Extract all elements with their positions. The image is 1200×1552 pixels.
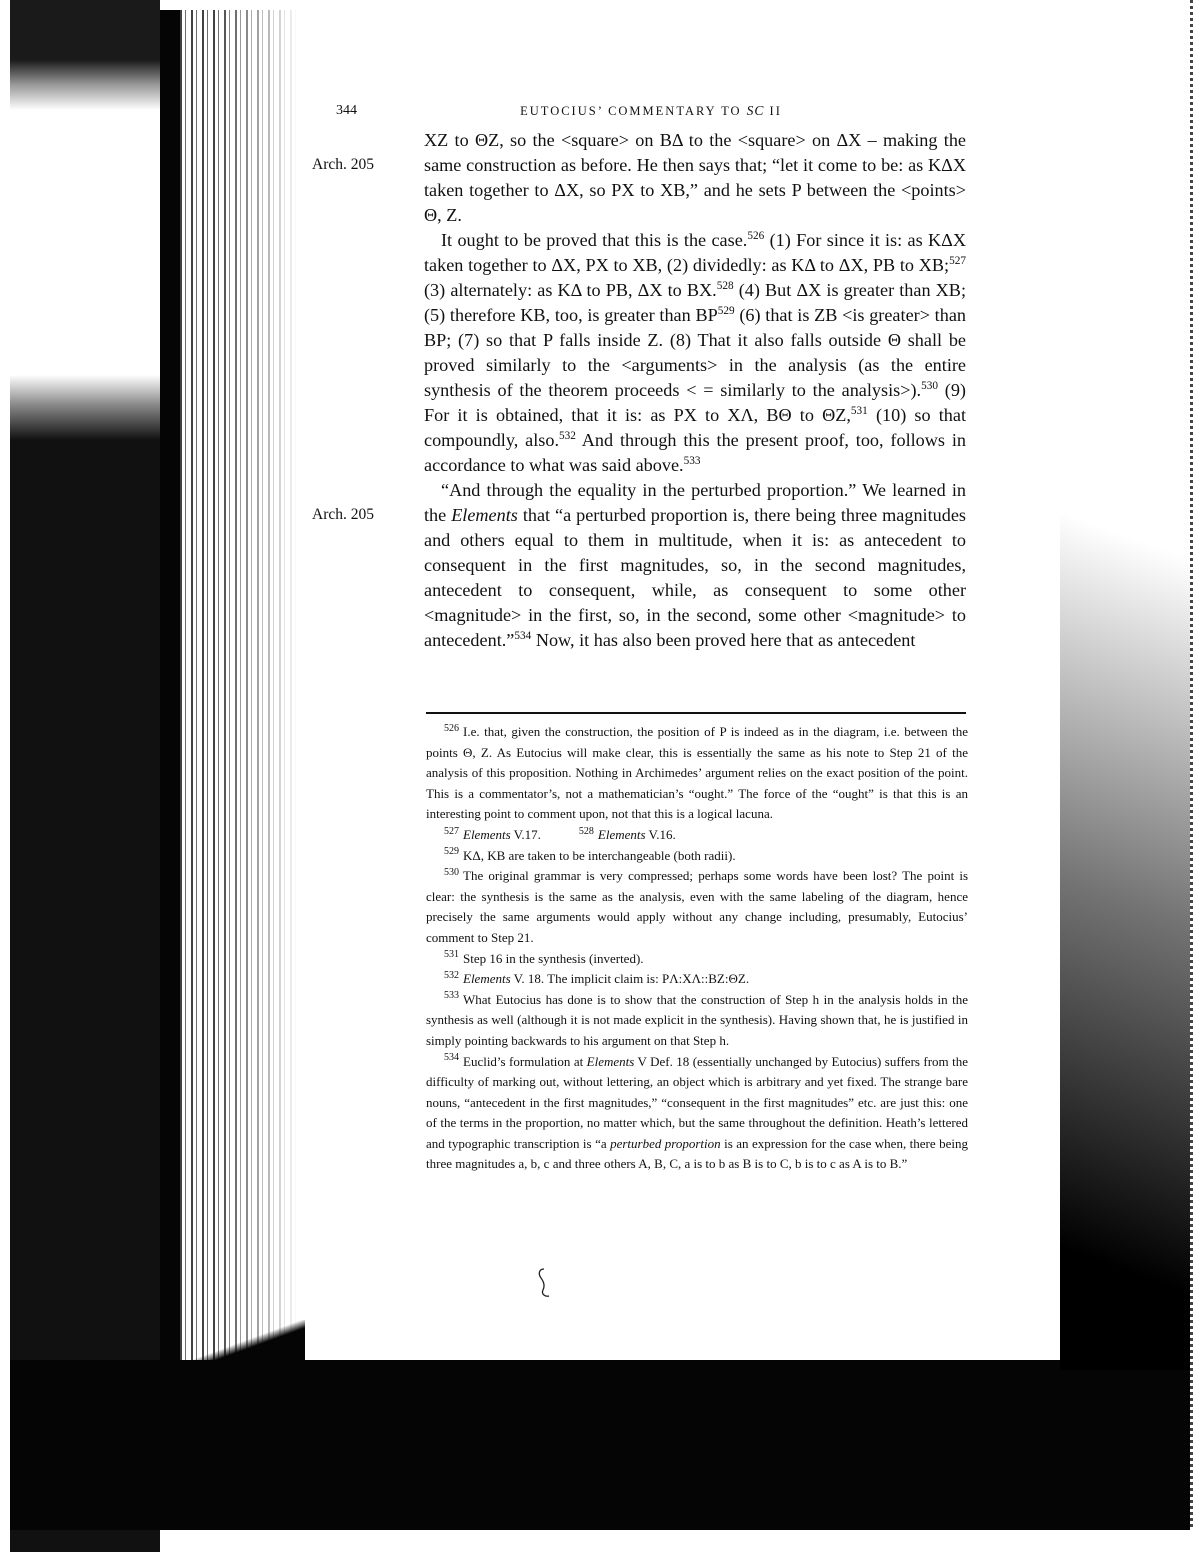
ink-mark-icon [536, 1266, 556, 1302]
text-run: Step 16 in the synthesis (inverted). [463, 951, 644, 966]
footnote-number: 527 [444, 826, 459, 837]
footnote-533: 533What Eutocius has done is to show tha… [426, 990, 968, 1052]
footnote-number: 534 [444, 1052, 459, 1063]
text-run: I.e. that, given the construction, the p… [426, 724, 968, 821]
margin-reference: Arch. 205 [312, 506, 374, 524]
footnote-ref[interactable]: 526 [747, 230, 764, 242]
scan-edge-right [1190, 0, 1193, 1530]
footnote-number: 528 [579, 826, 594, 837]
footnote-ref[interactable]: 534 [514, 630, 531, 642]
italic-text: Elements [463, 971, 511, 986]
main-text: XZ to ΘZ, so the <square> on BΔ to the <… [424, 128, 966, 653]
scan-shadow-right [1060, 190, 1190, 1370]
body-paragraph: XZ to ΘZ, so the <square> on BΔ to the <… [424, 128, 966, 228]
footnote-532: 532Elements V. 18. The implicit claim is… [426, 969, 968, 990]
text-run: XZ to ΘZ, so the <square> on BΔ to the <… [424, 130, 966, 225]
footnote-ref[interactable]: 528 [717, 280, 734, 292]
footnote-529: 529KΔ, KB are taken to be interchangeabl… [426, 846, 968, 867]
text-run: that “a perturbed proportion is, there b… [424, 505, 966, 650]
scan-shadow-left [10, 0, 160, 1552]
text-run: What Eutocius has done is to show that t… [426, 992, 968, 1048]
footnote-number: 532 [444, 970, 459, 981]
text-run: The original grammar is very compressed;… [426, 868, 968, 945]
italic-text: perturbed proportion [610, 1136, 721, 1151]
italic-text: Elements [587, 1054, 635, 1069]
footnote-ref[interactable]: 531 [851, 405, 868, 417]
body-paragraph: It ought to be proved that this is the c… [424, 228, 966, 478]
running-title-suffix: II [764, 104, 781, 118]
text-run: Now, it has also been proved here that a… [531, 630, 915, 650]
book-spine-shadow [160, 10, 180, 1370]
running-head: 344 EUTOCIUS’ COMMENTARY TO SC II [336, 103, 966, 123]
running-title-prefix: EUTOCIUS’ COMMENTARY TO [520, 104, 741, 118]
text-run: It ought to be proved that this is the c… [441, 230, 747, 250]
book-gutter-lines [180, 10, 300, 1370]
running-title: EUTOCIUS’ COMMENTARY TO SC II [336, 103, 966, 119]
footnote-526: 526I.e. that, given the construction, th… [426, 722, 968, 825]
footnote-number: 533 [444, 990, 459, 1001]
footnote-ref[interactable]: 527 [949, 255, 966, 267]
footnotes: 526I.e. that, given the construction, th… [426, 722, 968, 1175]
footnote-number: 531 [444, 949, 459, 960]
footnote-531: 531Step 16 in the synthesis (inverted). [426, 949, 968, 970]
margin-reference: Arch. 205 [312, 156, 374, 174]
footnote-number: 529 [444, 846, 459, 857]
body-paragraph: “And through the equality in the perturb… [424, 478, 966, 653]
footnote-number: 526 [444, 723, 459, 734]
text-run: V.16. [646, 827, 676, 842]
footnote-ref[interactable]: 529 [718, 305, 735, 317]
footnote-ref[interactable]: 533 [684, 455, 701, 467]
text-run: V.17. [511, 827, 541, 842]
running-title-italic: SC [747, 103, 765, 118]
book-page: 344 EUTOCIUS’ COMMENTARY TO SC II Arch. … [300, 0, 1060, 1362]
text-run: KΔ, KB are taken to be interchangeable (… [463, 848, 736, 863]
footnote-divider [426, 712, 966, 714]
footnote-527: 527Elements V.17.528Elements V.16. [426, 825, 968, 846]
footnote-534: 534Euclid’s formulation at Elements V De… [426, 1052, 968, 1176]
italic-text: Elements [598, 827, 646, 842]
italic-text: Elements [463, 827, 511, 842]
text-run: Euclid’s formulation at [463, 1054, 587, 1069]
text-run: V. 18. The implicit claim is: PΛ:XΛ::BZ:… [511, 971, 749, 986]
scan-shadow-bottom [10, 1360, 1190, 1530]
footnote-ref[interactable]: 530 [921, 380, 938, 392]
text-run: (3) alternately: as KΔ to PB, ΔX to BX. [424, 280, 717, 300]
footnote-530: 530The original grammar is very compress… [426, 866, 968, 948]
italic-text: Elements [451, 505, 518, 525]
footnote-ref[interactable]: 532 [559, 430, 576, 442]
footnote-number: 530 [444, 867, 459, 878]
